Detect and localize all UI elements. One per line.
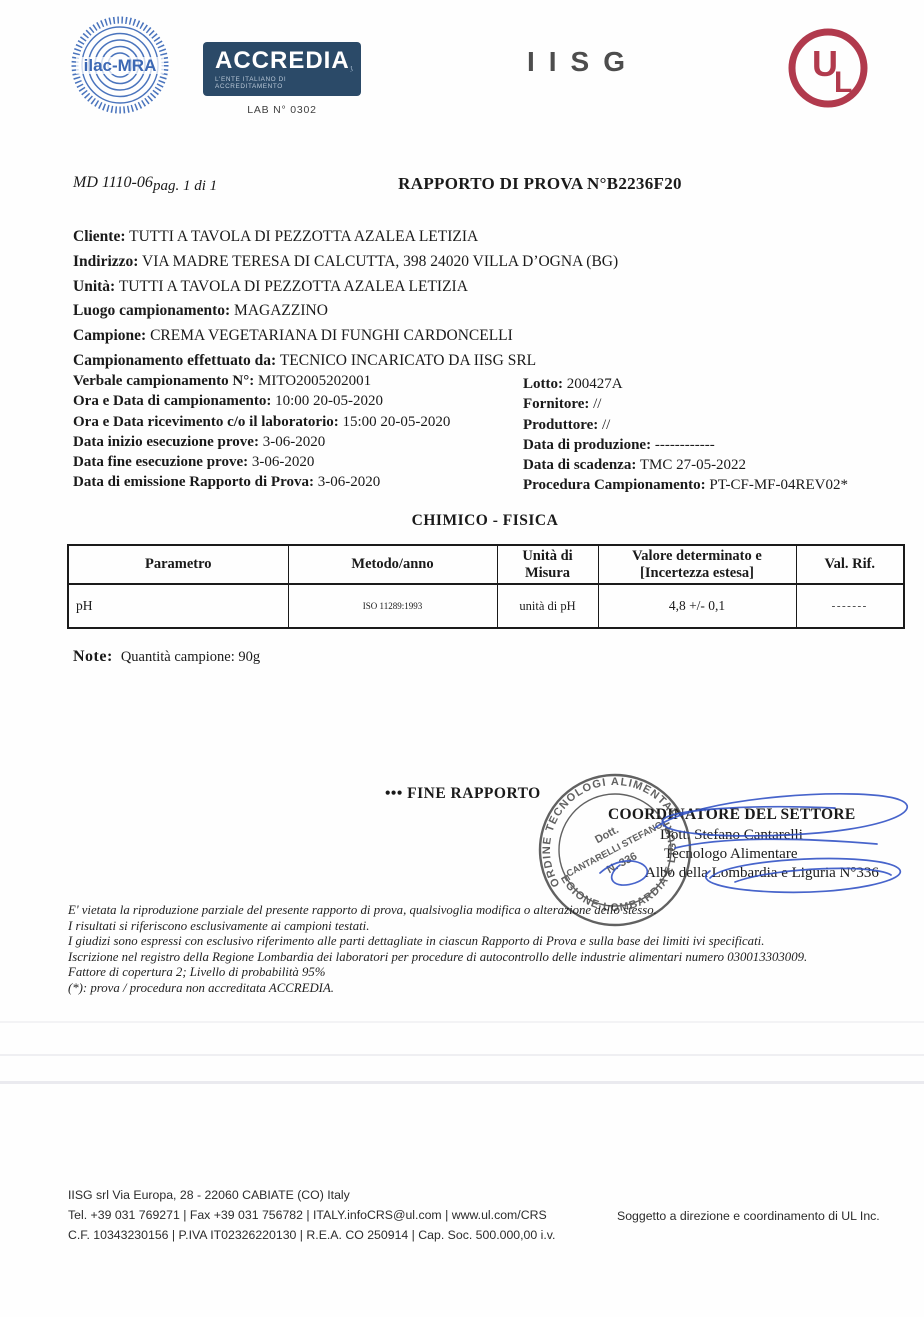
info-value: CREMA VEGETARIANA DI FUNGHI CARDONCELLI (150, 327, 513, 344)
column-header-val-rif: Val. Rif. (796, 545, 904, 584)
column-header-metodo: Metodo/anno (288, 545, 497, 584)
info-line-unita: Unità: TUTTI A TAVOLA DI PEZZOTTA AZALEA… (73, 278, 873, 303)
detail-line: Data di produzione: ------------ (523, 437, 918, 457)
detail-line: Fornitore: // (523, 396, 918, 416)
company-footer-block: IISG srl Via Europa, 28 - 22060 CABIATE … (68, 1185, 628, 1245)
fine-rapporto-label: ••• FINE RAPPORTO (385, 785, 541, 803)
pen-signature-icon (545, 778, 924, 913)
detail-line: Data di emissione Rapporto di Prova: 3-0… (73, 474, 523, 494)
footer-ul-note: Soggetto a direzione e coordinamento di … (617, 1209, 917, 1223)
accredia-lab-number: LAB N° 0302 (203, 104, 361, 116)
form-code: MD 1110-06 (73, 174, 153, 192)
column-header-parametro: Parametro (68, 545, 288, 584)
info-line-cliente: Cliente: TUTTI A TAVOLA DI PEZZOTTA AZAL… (73, 228, 873, 253)
accredia-text-block: ACCREDIA L'ENTE ITALIANO DI ACCREDITAMEN… (215, 49, 350, 90)
accredia-logo: ACCREDIA L'ENTE ITALIANO DI ACCREDITAMEN… (203, 42, 361, 96)
ilac-mra-logo-icon: ilac-MRA (70, 14, 170, 116)
page-number-label: pag. 1 di 1 (153, 178, 217, 195)
section-title: CHIMICO - FISICA (67, 512, 903, 530)
detail-line: Verbale campionamento N°: MITO2005202001 (73, 373, 523, 393)
detail-label: Data di emissione Rapporto di Prova: (73, 474, 314, 490)
detail-line: Data di scadenza: TMC 27-05-2022 (523, 457, 918, 477)
detail-line: Ora e Data ricevimento c/o il laboratori… (73, 414, 523, 434)
ul-letter-l: L (834, 66, 852, 99)
legal-notes-block: E' vietata la riproduzione parziale del … (68, 903, 898, 997)
ilac-mra-text: ilac-MRA (84, 56, 157, 75)
info-label: Indirizzo: (73, 253, 138, 270)
info-label: Campionamento effettuato da: (73, 352, 276, 369)
info-value: TUTTI A TAVOLA DI PEZZOTTA AZALEA LETIZI… (119, 278, 468, 295)
info-label: Cliente: (73, 228, 126, 245)
table-row: pH ISO 11289:1993 unità di pH 4,8 +/- 0,… (68, 584, 904, 628)
scan-artifact-line (0, 1021, 924, 1023)
detail-value: // (602, 417, 610, 433)
footer-contacts: Tel. +39 031 769271 | Fax +39 031 756782… (68, 1205, 628, 1225)
detail-value: 3-06-2020 (318, 474, 381, 490)
iisg-logo: IISG (527, 46, 639, 78)
detail-label: Data inizio esecuzione prove: (73, 434, 259, 450)
sampling-details-right: Lotto: 200427A Fornitore: // Produttore:… (523, 376, 918, 498)
info-line-campione: Campione: CREMA VEGETARIANA DI FUNGHI CA… (73, 327, 873, 352)
detail-label: Ora e Data di campionamento: (73, 393, 271, 409)
detail-value: MITO2005202001 (258, 373, 371, 389)
note-label: Note: (73, 648, 113, 665)
accredia-subtitle: L'ENTE ITALIANO DI ACCREDITAMENTO (215, 76, 350, 90)
detail-label: Verbale campionamento N°: (73, 373, 254, 389)
legal-line: E' vietata la riproduzione parziale del … (68, 903, 898, 919)
detail-value: 3-06-2020 (252, 454, 315, 470)
info-value: MAGAZZINO (234, 302, 328, 319)
cell-valore: 4,8 +/- 0,1 (598, 584, 796, 628)
detail-line: Lotto: 200427A (523, 376, 918, 396)
detail-line: Data inizio esecuzione prove: 3-06-2020 (73, 434, 523, 454)
detail-value: 10:00 20-05-2020 (275, 393, 383, 409)
detail-label: Data di scadenza: (523, 457, 636, 473)
info-label: Campione: (73, 327, 146, 344)
column-header-valore: Valore determinato e [Incertezza estesa] (598, 545, 796, 584)
info-value: VIA MADRE TERESA DI CALCUTTA, 398 24020 … (142, 253, 618, 270)
detail-label: Produttore: (523, 417, 598, 433)
detail-label: Procedura Campionamento: (523, 477, 706, 493)
detail-value: ------------ (655, 437, 715, 453)
table-header-row: Parametro Metodo/anno Unità di Misura Va… (68, 545, 904, 584)
detail-line: Procedura Campionamento: PT-CF-MF-04REV0… (523, 477, 918, 497)
legal-line: Iscrizione nel registro della Regione Lo… (68, 950, 898, 966)
info-value: TECNICO INCARICATO DA IISG SRL (280, 352, 536, 369)
note-line: Note:Quantità campione: 90g (73, 648, 260, 666)
note-value: Quantità campione: 90g (121, 649, 260, 665)
italy-map-icon (350, 49, 353, 89)
client-info-block: Cliente: TUTTI A TAVOLA DI PEZZOTTA AZAL… (73, 228, 873, 377)
cell-parametro: pH (68, 584, 288, 628)
legal-line: I giudizi sono espressi con esclusivo ri… (68, 934, 898, 950)
info-line-luogo: Luogo campionamento: MAGAZZINO (73, 302, 873, 327)
detail-value: 200427A (567, 376, 623, 392)
legal-line: (*): prova / procedura non accreditata A… (68, 981, 898, 997)
info-label: Unità: (73, 278, 115, 295)
detail-line: Produttore: // (523, 417, 918, 437)
footer-address: IISG srl Via Europa, 28 - 22060 CABIATE … (68, 1185, 628, 1205)
cell-val-rif: ------- (796, 584, 904, 628)
detail-line: Data fine esecuzione prove: 3-06-2020 (73, 454, 523, 474)
cell-unita: unità di pH (497, 584, 598, 628)
info-line-indirizzo: Indirizzo: VIA MADRE TERESA DI CALCUTTA,… (73, 253, 873, 278)
accredia-name: ACCREDIA (215, 49, 350, 73)
scan-artifact-line (0, 1081, 924, 1084)
info-value: TUTTI A TAVOLA DI PEZZOTTA AZALEA LETIZI… (129, 228, 478, 245)
document-page: ilac-MRA ACCREDIA L'ENTE ITALIANO DI ACC… (0, 0, 924, 1317)
scan-artifact-line (0, 1054, 924, 1056)
column-header-unita: Unità di Misura (497, 545, 598, 584)
detail-label: Data fine esecuzione prove: (73, 454, 248, 470)
detail-label: Ora e Data ricevimento c/o il laboratori… (73, 414, 339, 430)
report-title: RAPPORTO DI PROVA N°B2236F20 (300, 174, 780, 194)
detail-value: // (593, 396, 601, 412)
detail-value: 3-06-2020 (263, 434, 326, 450)
legal-line: I risultati si riferiscono esclusivament… (68, 919, 898, 935)
legal-line: Fattore di copertura 2; Livello di proba… (68, 965, 898, 981)
detail-line: Ora e Data di campionamento: 10:00 20-05… (73, 393, 523, 413)
detail-value: TMC 27-05-2022 (640, 457, 746, 473)
cell-metodo: ISO 11289:1993 (288, 584, 497, 628)
detail-value: PT-CF-MF-04REV02* (709, 477, 848, 493)
detail-value: 15:00 20-05-2020 (343, 414, 451, 430)
detail-label: Fornitore: (523, 396, 589, 412)
info-label: Luogo campionamento: (73, 302, 230, 319)
detail-label: Lotto: (523, 376, 563, 392)
results-table: Parametro Metodo/anno Unità di Misura Va… (67, 544, 905, 629)
footer-fiscal: C.F. 10343230156 | P.IVA IT02326220130 |… (68, 1225, 628, 1245)
ul-logo-icon: U L (786, 26, 870, 110)
detail-label: Data di produzione: (523, 437, 651, 453)
sampling-details-left: Verbale campionamento N°: MITO2005202001… (73, 373, 523, 495)
